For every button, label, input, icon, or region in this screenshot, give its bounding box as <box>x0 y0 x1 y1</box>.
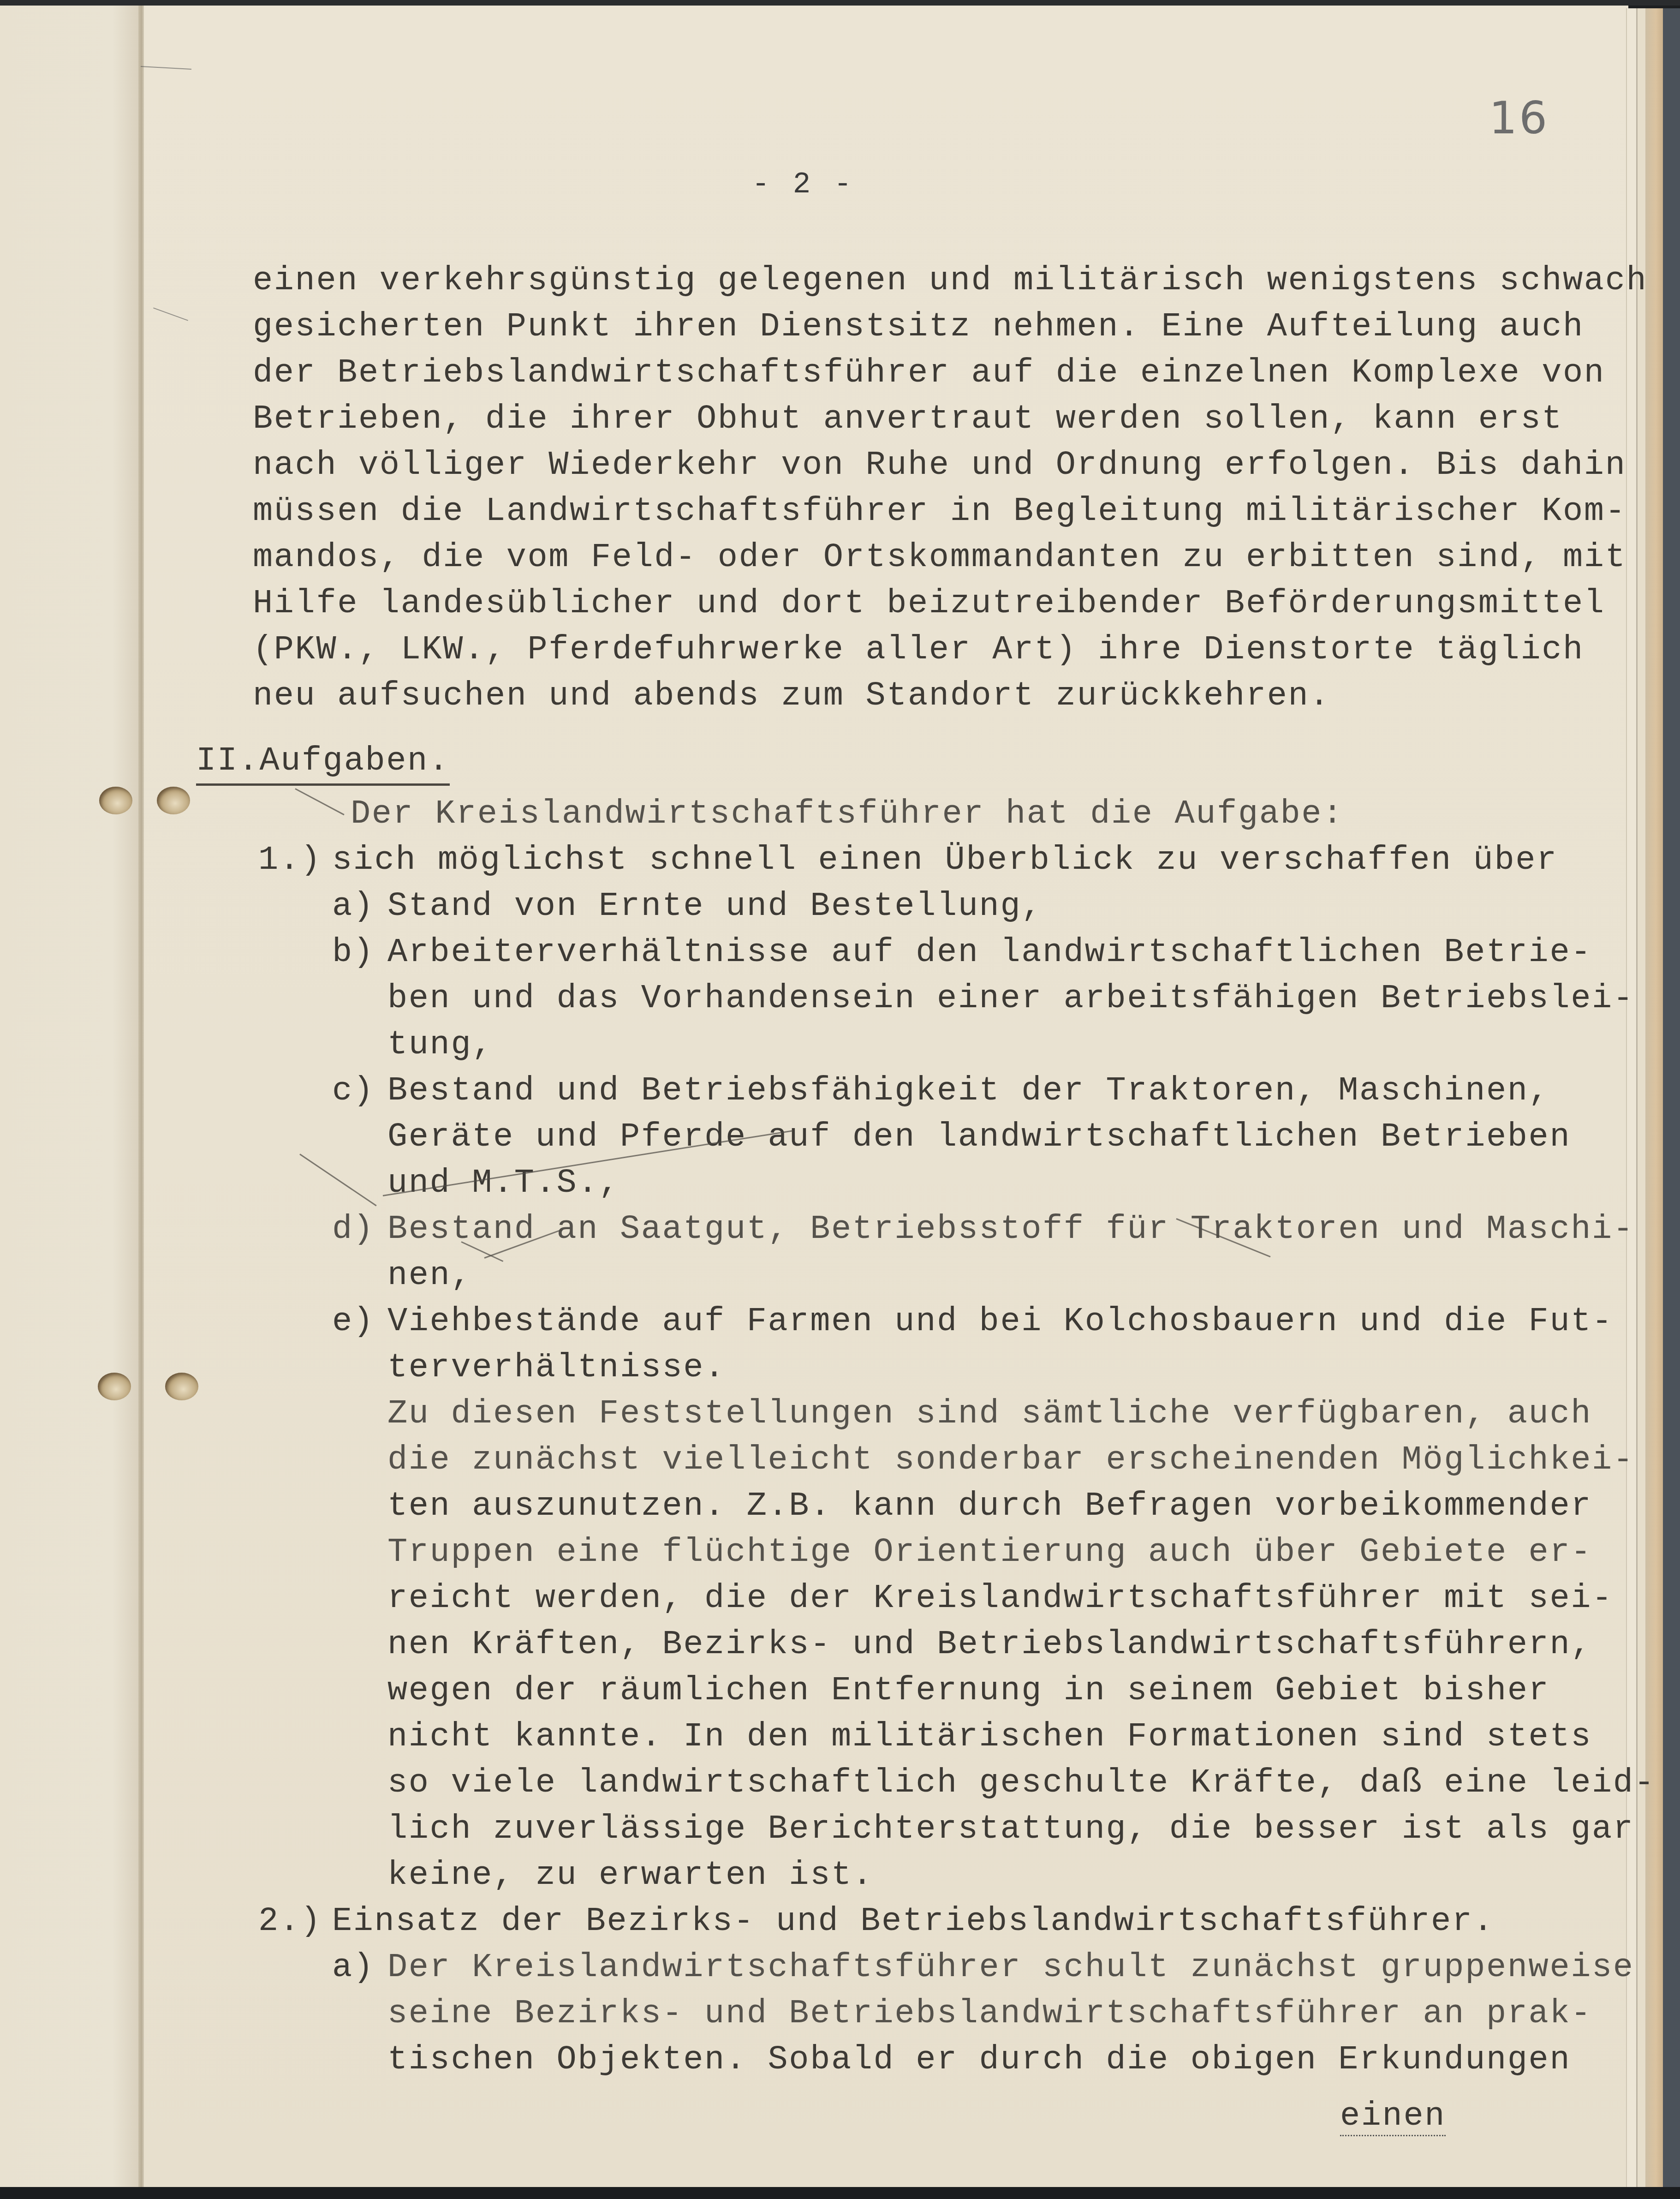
subitem-text: nen, <box>387 1259 472 1292</box>
text-line: nen Kräften, Bezirks- und Betriebslandwi… <box>387 1628 1592 1661</box>
subitem-text: Bestand und Betriebsfähigkeit der Trakto… <box>387 1074 1549 1107</box>
list-item-text: Einsatz der Bezirks- und Betriebslandwir… <box>332 1905 1494 1938</box>
text-line: gesicherten Punkt ihren Dienstsitz nehme… <box>253 310 1584 343</box>
typed-page-header: - 2 - <box>752 168 854 202</box>
subitem-text: terverhältnisse. <box>387 1351 726 1384</box>
page-stack-edge <box>1626 8 1637 2199</box>
subitem-text: Bestand an Saatgut, Betriebsstoff für Tr… <box>387 1213 1634 1246</box>
text-line: Betrieben, die ihrer Obhut anvertraut we… <box>253 402 1563 436</box>
subitem-label: a) <box>332 1951 375 1984</box>
punch-hole-icon <box>99 787 132 814</box>
subitem-label: a) <box>332 890 375 923</box>
text-line: der Betriebslandwirtschaftsführer auf di… <box>253 356 1605 389</box>
text-line: lich zuverlässige Berichterstattung, die… <box>387 1812 1634 1846</box>
text-line: Truppen eine flüchtige Orientierung auch… <box>387 1536 1592 1569</box>
subitem-text: tischen Objekten. Sobald er durch die ob… <box>387 2043 1571 2076</box>
catchword: einen <box>1340 2097 1446 2136</box>
punch-hole-icon <box>98 1373 131 1400</box>
subitem-text: Der Kreislandwirtschaftsführer schult zu… <box>387 1951 1634 1984</box>
text-line: einen verkehrsgünstig gelegenen und mili… <box>253 264 1647 297</box>
text-line: neu aufsuchen und abends zum Standort zu… <box>253 679 1330 712</box>
list-item-label: 1.) <box>258 843 322 877</box>
subitem-label: d) <box>332 1213 375 1246</box>
binder-cover-edge <box>1663 8 1680 2199</box>
text-line: so viele landwirtschaftlich geschulte Kr… <box>387 1766 1655 1799</box>
subitem-text: Arbeiterverhältnisse auf den landwirtsch… <box>387 936 1592 969</box>
subitem-text: Viehbestände auf Farmen und bei Kolchosb… <box>387 1305 1613 1338</box>
scan-bottom-edge <box>0 2187 1680 2199</box>
text-line: nicht kannte. In den militärischen Forma… <box>387 1720 1592 1753</box>
text-line: Hilfe landesüblicher und dort beizutreib… <box>253 587 1605 620</box>
subitem-text: ben und das Vorhandensein einer arbeitsf… <box>387 982 1634 1015</box>
text-line: wegen der räumlichen Entfernung in seine… <box>387 1674 1549 1707</box>
text-line: (PKW., LKW., Pferdefuhrwerke aller Art) … <box>253 633 1584 666</box>
subitem-text: seine Bezirks- und Betriebslandwirtschaf… <box>387 1997 1592 2030</box>
text-line: keine, zu erwarten ist. <box>387 1858 874 1892</box>
text-line: mandos, die vom Feld- oder Ortskommandan… <box>253 541 1626 574</box>
subitem-text: tung, <box>387 1028 493 1061</box>
subitem-label: e) <box>332 1305 375 1338</box>
subitem-label: c) <box>332 1074 375 1107</box>
subitem-text: Stand von Ernte und Bestellung, <box>387 890 1043 923</box>
subitem-label: b) <box>332 936 375 969</box>
text-line: die zunächst vielleicht sonderbar ersche… <box>387 1443 1634 1476</box>
subitem-text: Geräte und Pferde auf den landwirtschaft… <box>387 1120 1571 1153</box>
scan-top-edge <box>0 0 1680 6</box>
punch-hole-icon <box>157 787 190 814</box>
text-line: nach völliger Wiederkehr von Ruhe und Or… <box>253 448 1626 482</box>
facing-page-left <box>0 6 141 2199</box>
text-line: Zu diesen Feststellungen sind sämtliche … <box>387 1397 1592 1430</box>
text-line: müssen die Landwirtschaftsführer in Begl… <box>253 495 1626 528</box>
section-heading: II.Aufgaben. <box>196 742 450 786</box>
text-line: ten auszunutzen. Z.B. kann durch Befrage… <box>387 1489 1592 1523</box>
list-item-label: 2.) <box>258 1905 322 1938</box>
list-item-text: sich möglichst schnell einen Überblick z… <box>332 843 1558 877</box>
subitem-text: und M.T.S., <box>387 1166 620 1200</box>
page-stack-edge-aged <box>1645 8 1663 2199</box>
section-intro: Der Kreislandwirtschaftsführer hat die A… <box>351 797 1344 831</box>
archive-page-number: 16 <box>1489 92 1549 144</box>
text-line: reicht werden, die der Kreislandwirtscha… <box>387 1582 1613 1615</box>
punch-hole-icon <box>165 1373 198 1400</box>
